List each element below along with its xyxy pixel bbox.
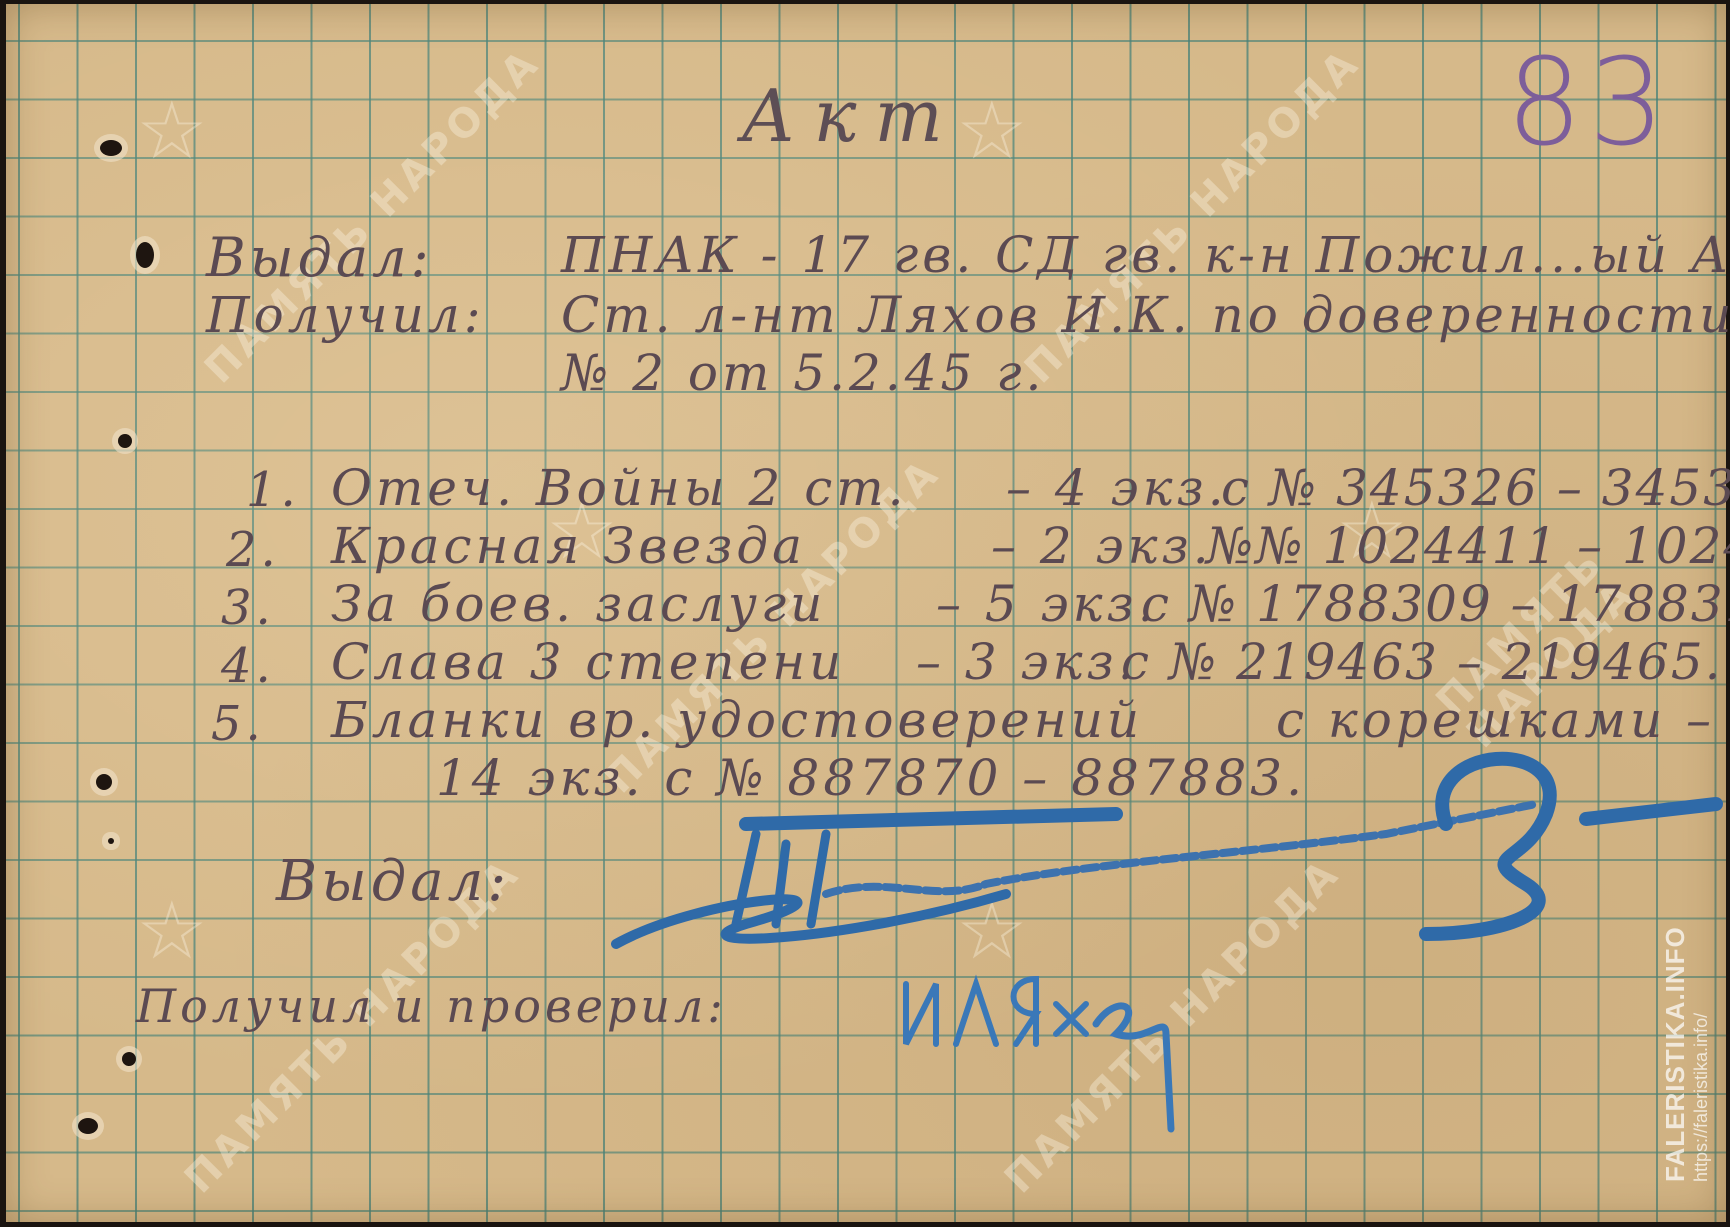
item-number: 4.	[221, 638, 275, 694]
item-number: 1.	[246, 462, 300, 518]
star-watermark-icon: ☆	[956, 84, 1028, 177]
site-name: FALERISTIKA.INFO	[1660, 926, 1690, 1182]
signature-issued-label: Выдал:	[276, 849, 510, 914]
item-qty: – 2 экз.	[991, 517, 1213, 575]
signature-received-blue-ink	[886, 964, 1306, 1144]
item-serials: с № 345326 – 345329	[1221, 459, 1730, 517]
issued-by-value: ПНАК - 17 гв. СД гв. к-н Пожил...ый А.	[561, 226, 1730, 284]
punch-hole	[118, 434, 132, 448]
punch-hole	[108, 838, 114, 844]
item-qty: – 5 экз.	[936, 575, 1158, 633]
issued-by-label: Выдал:	[206, 226, 433, 289]
archive-number: 83	[1506, 34, 1671, 173]
signature-received-label: Получил и проверил:	[136, 979, 727, 1033]
document-title: Акт	[741, 74, 961, 158]
punch-hole	[122, 1052, 136, 1066]
document-sheet: ☆ ПАМЯТЬ НАРОДА ☆ ПАМЯТЬ НАРОДА ☆ ПАМЯТЬ…	[6, 4, 1726, 1222]
item-name: Отеч. Войны 2 ст.	[331, 459, 908, 517]
received-by-value-line1: Ст. л-нт Ляхов И.К. по доверенности	[561, 286, 1730, 344]
signature-issued-blue-ink	[586, 774, 1726, 974]
item-serials: №№ 1024411 – 1024412.	[1206, 517, 1730, 575]
item-number: 2.	[226, 522, 280, 578]
item-name: Бланки вр. удостоверений	[331, 691, 1143, 749]
star-watermark-icon: ☆	[136, 84, 208, 177]
punch-hole	[96, 774, 112, 790]
star-watermark-icon: ☆	[136, 884, 208, 977]
item-number: 3.	[221, 580, 275, 636]
site-url: https://faleristika.info/	[1691, 926, 1712, 1182]
item-name: За боев. заслуги	[331, 575, 826, 633]
received-by-label: Получил:	[206, 286, 485, 344]
item-serials: с № 1788309 – 1788313.	[1141, 575, 1730, 633]
punch-hole	[136, 242, 154, 268]
item-qty: – 3 экз.	[916, 633, 1138, 691]
received-by-value-line2: № 2 от 5.2.45 г.	[561, 344, 1045, 402]
item-name: Слава 3 степени	[331, 633, 845, 691]
item-name: Красная Звезда	[331, 517, 806, 575]
item-qty: – 4 экз.	[1006, 459, 1228, 517]
item-number: 5.	[211, 696, 265, 752]
faleristika-watermark: FALERISTIKA.INFO https://faleristika.inf…	[1660, 926, 1712, 1182]
item-qty: с корешками –	[1276, 691, 1715, 749]
item-serials: с № 219463 – 219465.	[1121, 633, 1723, 691]
punch-hole	[78, 1118, 98, 1134]
punch-hole	[100, 140, 122, 156]
